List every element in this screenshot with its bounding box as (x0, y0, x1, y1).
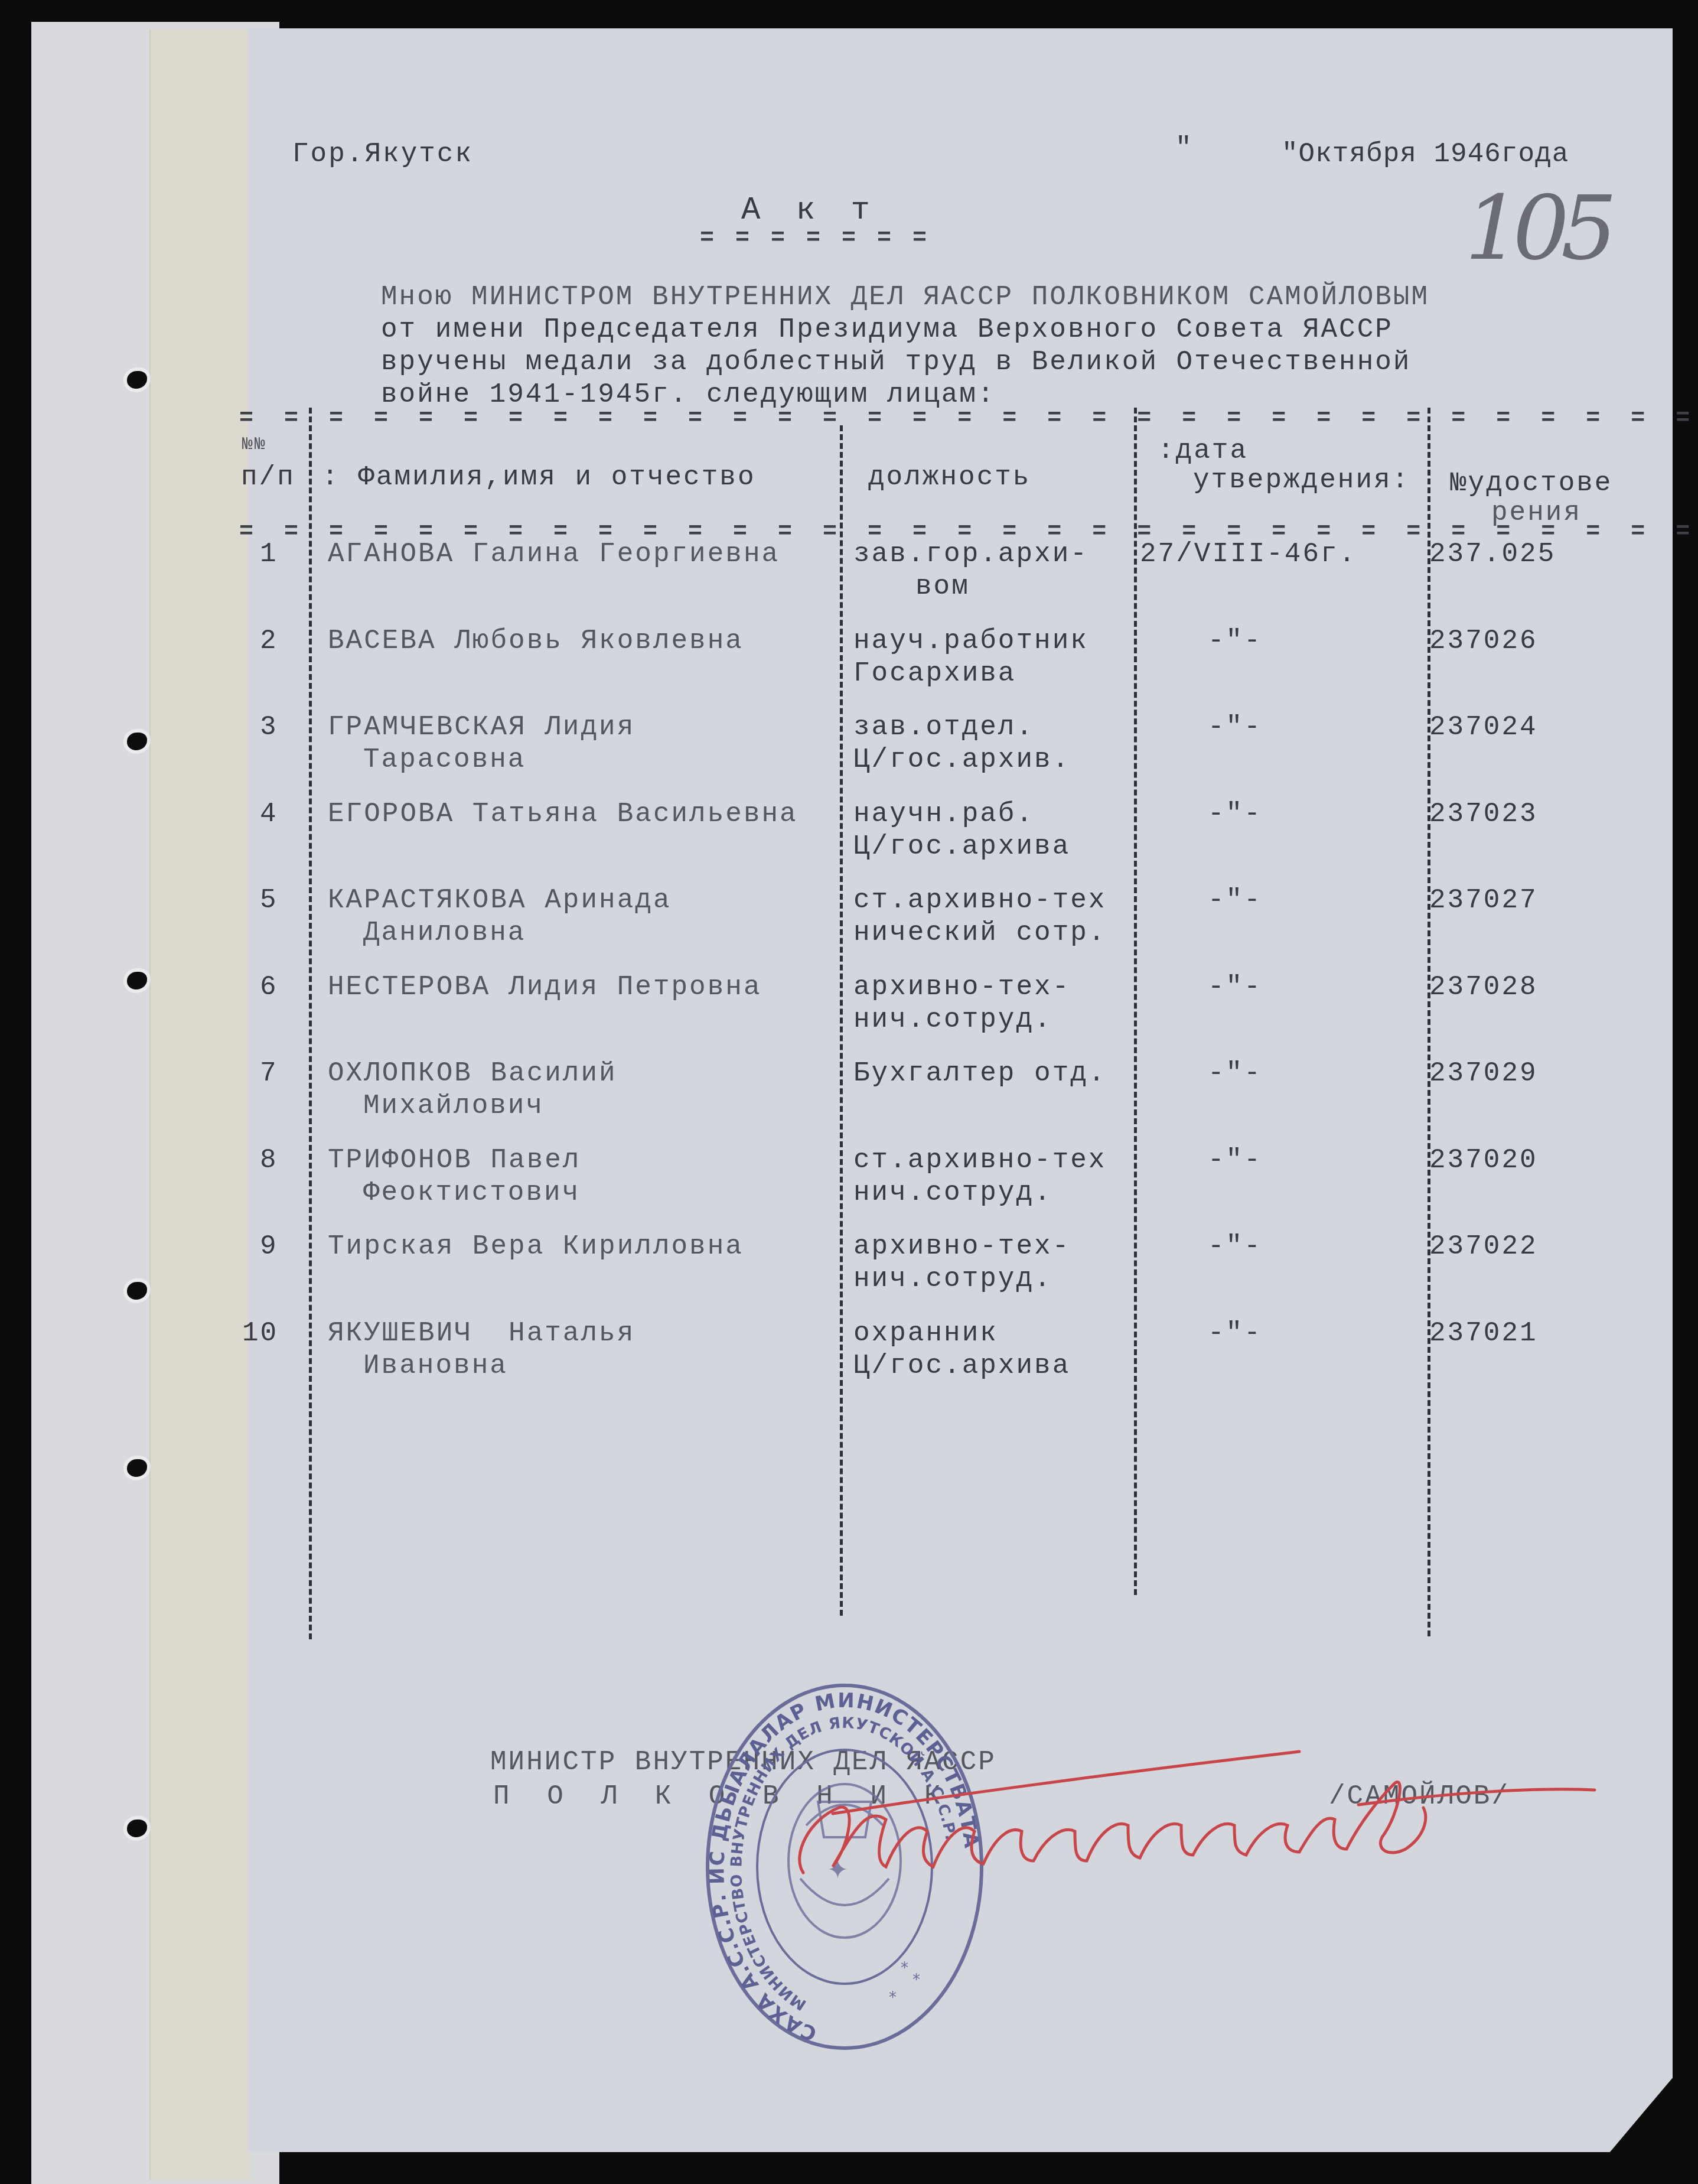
document-date: "Октября 1946года (1282, 141, 1569, 168)
recipient-name: ЕГОРОВА Татьяна Васильевна (328, 800, 798, 828)
recipient-position-cont: нич.сотруд. (853, 1265, 1052, 1293)
recipient-patronymic: Феоктистович (363, 1179, 580, 1206)
header-position: должность (868, 464, 1031, 491)
header-name: : Фамилия,имя и отчество (322, 464, 756, 491)
column-divider (309, 408, 312, 1639)
recipient-name: АГАНОВА Галина Георгиевна (328, 541, 780, 568)
recipient-position: архивно-тех- (853, 974, 1070, 1001)
column-divider (840, 425, 843, 1616)
approval-date: -"- (1208, 714, 1262, 741)
date-open-quote: " (1175, 135, 1194, 162)
intro-line: войне 1941-1945г. следующим лицам: (381, 381, 996, 408)
recipient-position: зав.гор.архи- (853, 541, 1088, 568)
recipient-name: ТРИФОНОВ Павел (328, 1147, 581, 1174)
recipient-position-cont: Госархива (853, 660, 1016, 687)
recipient-position-cont: нич.сотруд. (853, 1179, 1052, 1206)
header-cert-top: №удостове (1450, 470, 1612, 497)
signature-scribble (768, 1749, 1606, 1902)
svg-text:*: * (889, 1989, 897, 2007)
recipient-position-cont: вом (915, 573, 970, 600)
recipient-name: Тирская Вера Кирилловна (328, 1233, 744, 1260)
certificate-number: 237027 (1429, 887, 1538, 914)
recipient-position: зав.отдел. (853, 714, 1034, 741)
column-divider (1428, 408, 1430, 1636)
recipient-position: научн.раб. (853, 800, 1034, 828)
approval-date: -"- (1208, 1320, 1262, 1347)
row-number: 7 (260, 1060, 278, 1087)
recipient-patronymic: Михайлович (363, 1092, 544, 1119)
approval-date: -"- (1208, 1060, 1262, 1087)
certificate-number: 237028 (1429, 974, 1538, 1001)
certificate-number: 237026 (1429, 627, 1538, 655)
recipient-position: охранник (853, 1320, 998, 1347)
certificate-number: 237029 (1429, 1060, 1538, 1087)
recipient-patronymic: Тарасовна (363, 746, 526, 773)
recipient-name: ОХЛОПКОВ Василий (328, 1060, 617, 1087)
header-cert: рения (1491, 499, 1582, 526)
svg-text:*: * (901, 1960, 908, 1977)
recipient-name: НЕСТЕРОВА Лидия Петровна (328, 974, 762, 1001)
recipient-name: КАРАСТЯКОВА Аринада (328, 887, 672, 914)
certificate-number: 237024 (1429, 714, 1538, 741)
recipient-name: ГРАМЧЕВСКАЯ Лидия (328, 714, 635, 741)
approval-date: 27/VIII-46г. (1140, 541, 1357, 568)
certificate-number: 237022 (1429, 1233, 1538, 1260)
header-date: утверждения: (1193, 467, 1410, 494)
recipient-position-cont: Ц/гос.архив. (853, 746, 1070, 773)
row-number: 10 (242, 1320, 278, 1347)
recipient-position: ст.архивно-тех (853, 1147, 1106, 1174)
recipient-position: Бухгалтер отд. (853, 1060, 1106, 1087)
recipient-position-cont: Ц/гос.архива (853, 833, 1070, 860)
table-top-rule: = = = = = = = = = = = = = = = = = = = = … (239, 408, 1698, 431)
row-number: 2 (260, 627, 278, 655)
row-number: 6 (260, 974, 278, 1001)
title-underline: = = = = = = = (700, 227, 930, 251)
row-number: 3 (260, 714, 278, 741)
intro-line: Мною МИНИСТРОМ ВНУТРЕННИХ ДЕЛ ЯАССР ПОЛК… (381, 284, 1429, 311)
recipient-position: науч.работник (853, 627, 1088, 655)
intro-line: вручены медали за доблестный труд в Вели… (381, 349, 1411, 376)
header-date-top: :дата (1158, 437, 1248, 464)
certificate-number: 237020 (1429, 1147, 1538, 1174)
intro-line: от имени Председателя Президиума Верховн… (381, 316, 1393, 343)
recipient-patronymic: Даниловна (363, 919, 526, 946)
approval-date: -"- (1208, 1147, 1262, 1174)
folio-number: 105 (1465, 177, 1609, 280)
row-number: 4 (260, 800, 278, 828)
city-label: Гор.Якутск (292, 141, 473, 168)
recipient-position-cont: Ц/гос.архива (853, 1352, 1070, 1379)
recipient-position-cont: нич.сотруд. (853, 1006, 1052, 1033)
row-number: 9 (260, 1233, 278, 1260)
row-number: 5 (260, 887, 278, 914)
recipient-position: архивно-тех- (853, 1233, 1070, 1260)
row-number: 8 (260, 1147, 278, 1174)
approval-date: -"- (1208, 974, 1262, 1001)
svg-text:*: * (912, 1971, 920, 1989)
recipient-name: ВАСЕВА Любовь Яковлевна (328, 627, 744, 655)
header-num: п/п (241, 464, 295, 491)
paper-strip (149, 30, 251, 2180)
header-num-top: №№ (242, 436, 267, 454)
row-number: 1 (260, 541, 278, 568)
document-title: А к т (741, 195, 878, 227)
approval-date: -"- (1208, 627, 1262, 655)
approval-date: -"- (1208, 1233, 1262, 1260)
recipient-patronymic: Ивановна (363, 1352, 508, 1379)
recipient-position: ст.архивно-тех (853, 887, 1106, 914)
recipient-position-cont: нический сотр. (853, 919, 1106, 946)
approval-date: -"- (1208, 800, 1262, 828)
certificate-number: 237023 (1429, 800, 1538, 828)
recipient-name: ЯКУШЕВИЧ Наталья (328, 1320, 635, 1347)
column-divider (1134, 408, 1137, 1595)
certificate-number: 237.025 (1429, 541, 1556, 568)
certificate-number: 237021 (1429, 1320, 1538, 1347)
approval-date: -"- (1208, 887, 1262, 914)
